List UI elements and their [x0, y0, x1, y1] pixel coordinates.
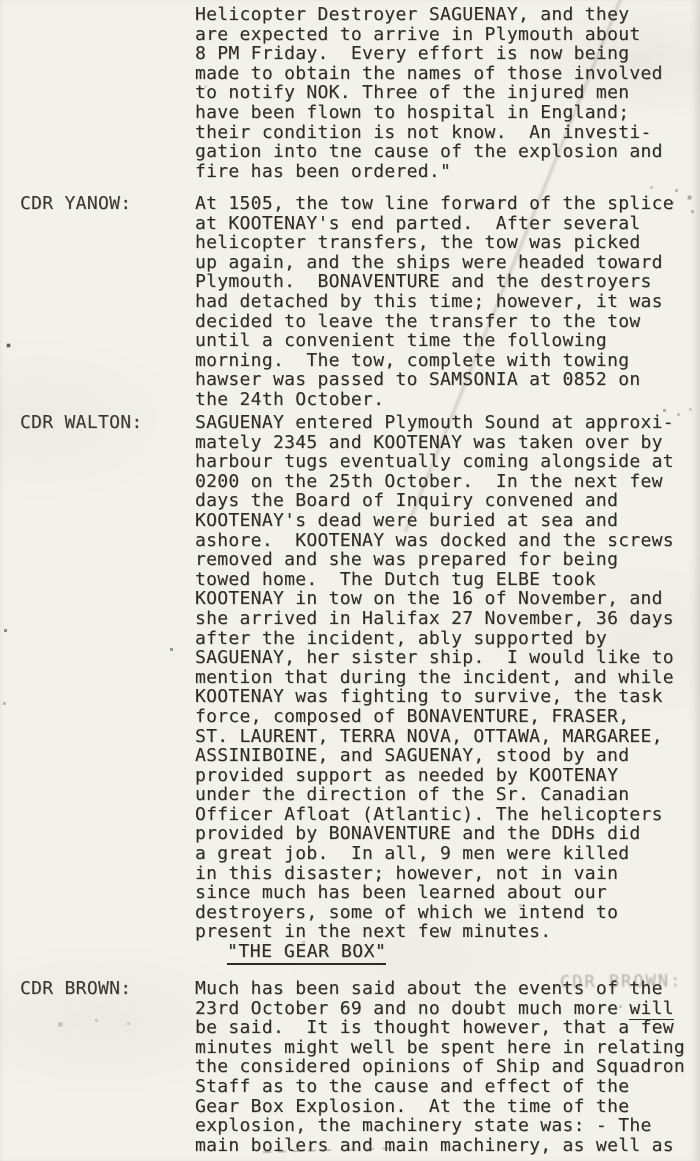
- text-line: the considered opinions of Ship and Squa…: [195, 1057, 700, 1077]
- text-line: removed and she was prepared for being: [195, 550, 700, 570]
- text-line: SAGUENAY, her sister ship. I would like …: [195, 648, 700, 668]
- document-page: CDR BROWN: Helicopter Destroyer SAGUENAY…: [0, 0, 700, 1161]
- text-line: are expected to arrive in Plymouth about: [195, 25, 700, 45]
- text-line: to notify NOK. Three of the injured men: [195, 83, 700, 103]
- section-heading: "THE GEAR BOX": [227, 942, 386, 965]
- text-line: SAGUENAY entered Plymouth Sound at appro…: [195, 413, 700, 433]
- transcript-block: CDR BROWN:Much has been said about the e…: [20, 979, 700, 1155]
- paragraph-lines: SAGUENAY entered Plymouth Sound at appro…: [195, 413, 700, 942]
- text-line: helicopter transfers, the tow was picked: [195, 233, 700, 253]
- text-line: the 24th October.: [195, 390, 700, 410]
- text-line: up again, and the ships were headed towa…: [195, 253, 700, 273]
- text-line: Staff as to the cause and effect of the: [195, 1077, 700, 1097]
- text-line: ST. LAURENT, TERRA NOVA, OTTAWA, MARGARE…: [195, 727, 700, 747]
- text-line: force, composed of BONAVENTURE, FRASER,: [195, 707, 700, 727]
- text-line: morning. The tow, complete with towing: [195, 351, 700, 371]
- paragraph-lines: Much has been said about the events of t…: [195, 979, 700, 1155]
- text-line: mention that during the incident, and wh…: [195, 668, 700, 688]
- text-line: fire has been ordered.": [195, 162, 700, 182]
- text-line: 0200 on the 25th October. In the next fe…: [195, 472, 700, 492]
- text-line: Plymouth. BONAVENTURE and the destroyers: [195, 272, 700, 292]
- text-line: KOOTENAY was fighting to survive, the ta…: [195, 687, 700, 707]
- text-line: ASSINIBOINE, and SAGUENAY, stood by and: [195, 746, 700, 766]
- speaker-label: CDR YANOW:: [20, 194, 131, 214]
- text-line: Officer Afloat (Atlantic). The helicopte…: [195, 805, 700, 825]
- text-line: gation into tne cause of the explosion a…: [195, 142, 700, 162]
- text-line: 23rd October 69 and no doubt much more w…: [195, 999, 700, 1019]
- text-line: after the incident, ably supported by: [195, 629, 700, 649]
- text-line: in this disaster; however, not in vain: [195, 864, 700, 884]
- text-line: a great job. In all, 9 men were killed: [195, 844, 700, 864]
- text-line: ashore. KOOTENAY was docked and the scre…: [195, 531, 700, 551]
- speaker-label: CDR WALTON:: [20, 413, 143, 433]
- text-line: present in the next few minutes.: [195, 922, 700, 942]
- text-line: destroyers, some of which we intend to: [195, 903, 700, 923]
- text-line: decided to leave the transfer to the tow: [195, 312, 700, 332]
- transcript-block: Helicopter Destroyer SAGUENAY, and theya…: [20, 5, 700, 181]
- paragraph-lines: Helicopter Destroyer SAGUENAY, and theya…: [195, 5, 700, 181]
- text-line: 8 PM Friday. Every effort is now being: [195, 44, 700, 64]
- text-line: Helicopter Destroyer SAGUENAY, and they: [195, 5, 700, 25]
- speaker-label: CDR BROWN:: [20, 979, 131, 999]
- text-line: At 1505, the tow line forward of the spl…: [195, 194, 700, 214]
- text-line: Gear Box Explosion. At the time of the: [195, 1097, 700, 1117]
- text-line: harbour tugs eventually coming alongside…: [195, 452, 700, 472]
- text-line: made to obtain the names of those involv…: [195, 64, 700, 84]
- text-line: explosion, the machinery state was: - Th…: [195, 1116, 700, 1136]
- transcript-block: CDR WALTON:SAGUENAY entered Plymouth Sou…: [20, 413, 700, 942]
- text-line: towed home. The Dutch tug ELBE took: [195, 570, 700, 590]
- text-line: be said. It is thought however, that a f…: [195, 1018, 700, 1038]
- text-line: have been flown to hospital in England;: [195, 103, 700, 123]
- text-line: she arrived in Halifax 27 November, 36 d…: [195, 609, 700, 629]
- text-line: provided support as needed by KOOTENAY: [195, 766, 700, 786]
- text-line: had detached by this time; however, it w…: [195, 292, 700, 312]
- text-line: under the direction of the Sr. Canadian: [195, 785, 700, 805]
- text-line: until a convenient time the following: [195, 331, 700, 351]
- text-line: their condition is not know. An investi-: [195, 123, 700, 143]
- paragraph-lines: At 1505, the tow line forward of the spl…: [195, 194, 700, 410]
- text-line: since much has been learned about our: [195, 883, 700, 903]
- text-line: provided by BONAVENTURE and the DDHs did: [195, 824, 700, 844]
- text-line: KOOTENAY in tow on the 16 of November, a…: [195, 589, 700, 609]
- scan-speckles: [0, 0, 1, 1]
- text-line: minutes might well be spent here in rela…: [195, 1038, 700, 1058]
- text-line: KOOTENAY's dead were buried at sea and: [195, 511, 700, 531]
- transcript-block: CDR YANOW:At 1505, the tow line forward …: [20, 194, 700, 410]
- text-line: at KOOTENAY's end parted. After several: [195, 214, 700, 234]
- text-line: days the Board of Inquiry convened and: [195, 491, 700, 511]
- text-line: hawser was passed to SAMSONIA at 0852 on: [195, 370, 700, 390]
- text-line: Much has been said about the events of t…: [195, 979, 700, 999]
- text-line: mately 2345 and KOOTENAY was taken over …: [195, 433, 700, 453]
